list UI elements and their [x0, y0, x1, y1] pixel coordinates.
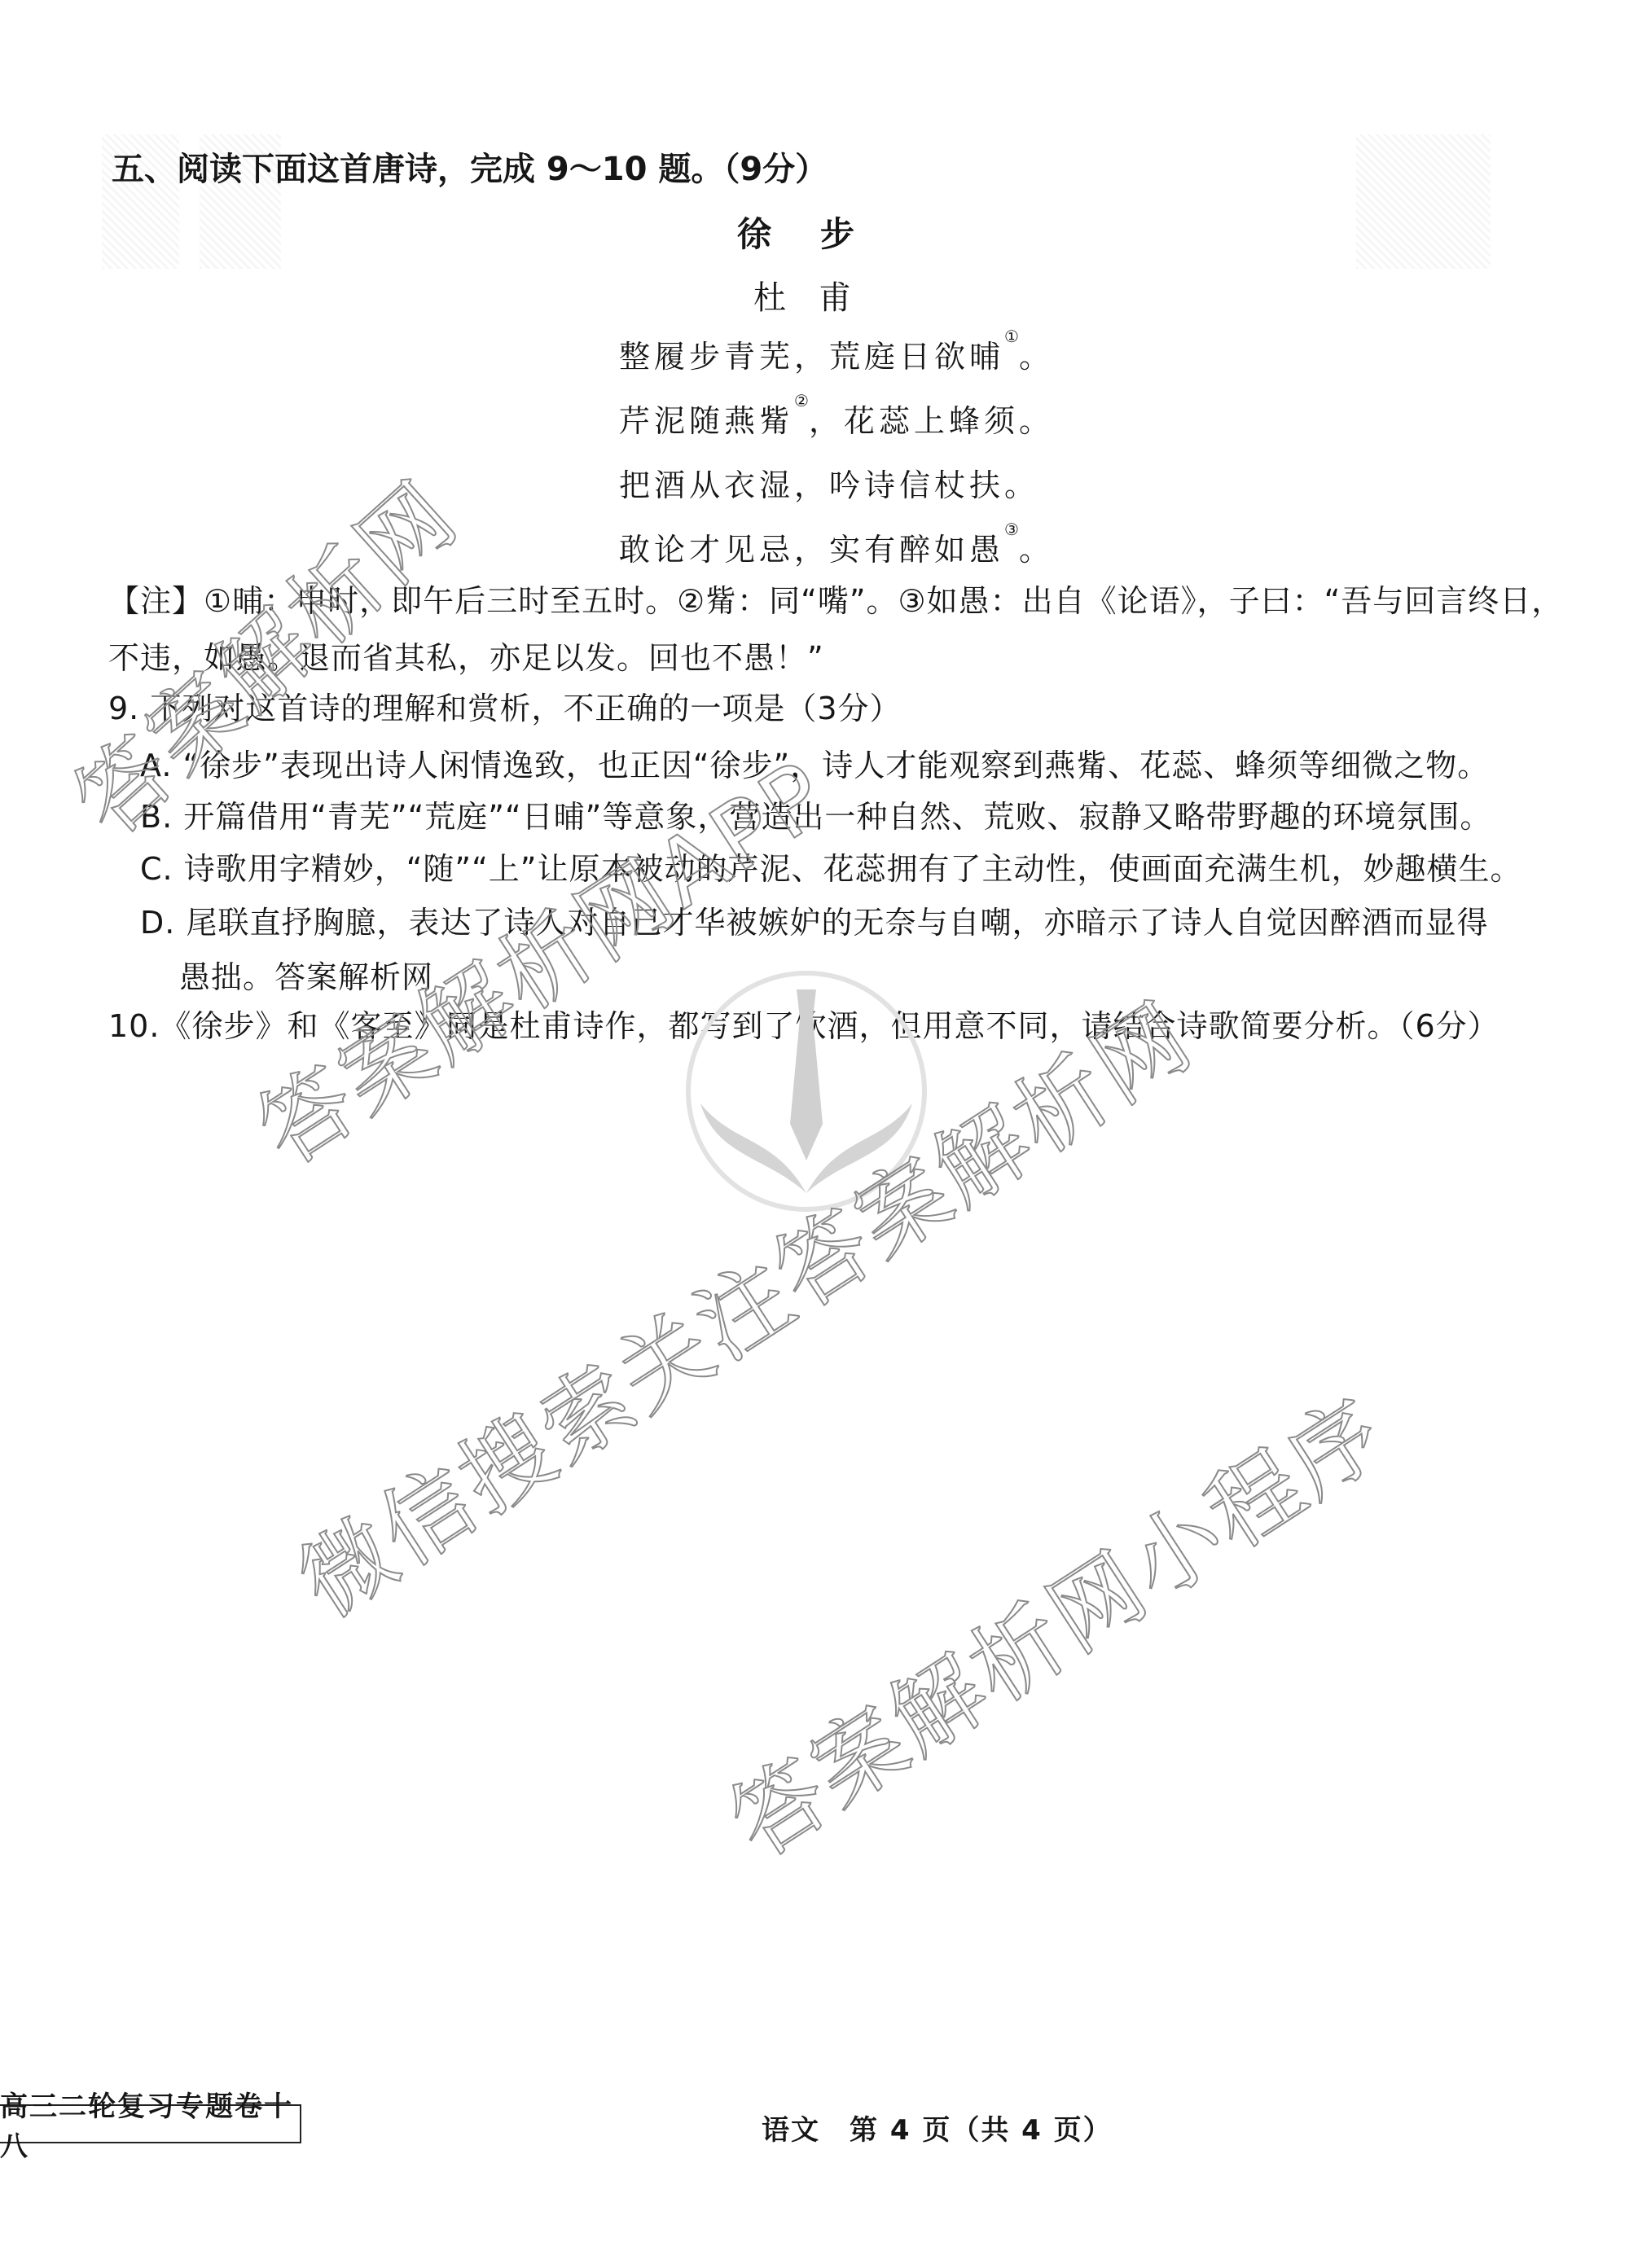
question-9: 9. 下列对这首诗的理解和赏析，不正确的一项是（3分）: [108, 691, 902, 726]
option-label: D.: [140, 905, 175, 941]
poem-title: 徐步: [737, 208, 903, 257]
poem-line-2: 芹泥随燕觜②，花蕊上蜂须。: [619, 396, 1054, 441]
footer-page-number: 语文 第 4 页（共 4 页）: [762, 2108, 1113, 2147]
poem-line-text: 芹泥随燕觜: [619, 403, 794, 439]
footnote-marker: ①: [1004, 327, 1019, 346]
option-a[interactable]: A. “徐步”表现出诗人闲情逸致，也正因“徐步”，诗人才能观察到燕觜、花蕊、蜂须…: [140, 748, 1489, 783]
poem-line-end: 。: [1019, 339, 1054, 375]
poem-line-text: 敢论才见忌，实有醉如愚: [619, 532, 1004, 568]
poem-line-text: 整履步青芜，荒庭日欲晡: [619, 339, 1004, 375]
poem-line-end: 。: [1019, 532, 1054, 568]
option-c[interactable]: C. 诗歌用字精妙，“随”“上”让原本被动的芹泥、花蕊拥有了主动性，使画面充满生…: [140, 851, 1521, 887]
option-text: 尾联直抒胸臆，表达了诗人对自己才华被嫉妒的无奈与自嘲，亦暗示了诗人自觉因醉酒而显…: [186, 905, 1488, 941]
notes-line-2: 不违，如愚。退而省其私，亦足以发。回也不愚！”: [108, 640, 824, 676]
poem-line-1: 整履步青芜，荒庭日欲晡①。: [619, 331, 1054, 376]
option-text: “徐步”表现出诗人闲情逸致，也正因“徐步”，诗人才能观察到燕觜、花蕊、蜂须等细微…: [183, 748, 1490, 783]
option-label: A.: [140, 748, 172, 783]
footnote-marker: ②: [794, 391, 809, 410]
scan-artifact-qr-right: [1356, 134, 1491, 269]
question-number: 9.: [108, 691, 139, 726]
poem-author: 杜甫: [753, 272, 884, 318]
notes-line-1: 【注】①晡：申时，即午后三时至五时。②觜：同“嘴”。③如愚：出自《论语》，子曰：…: [108, 583, 1563, 619]
option-d[interactable]: D. 尾联直抒胸臆，表达了诗人对自己才华被嫉妒的无奈与自嘲，亦暗示了诗人自觉因醉…: [140, 905, 1488, 941]
poem-line-rest: ，花蕊上蜂须。: [809, 403, 1054, 439]
footer-series-label: 高三二轮复习专题卷十八: [0, 2104, 301, 2143]
footnote-marker: ③: [1004, 520, 1019, 539]
question-number: 10.: [108, 1008, 160, 1044]
option-label: C.: [140, 851, 173, 887]
watermark-4: 答案解析网小程序: [702, 1361, 1407, 1882]
section-heading: 五、阅读下面这首唐诗，完成 9～10 题。（9分）: [112, 143, 828, 190]
question-stem: 下列对这首诗的理解和赏析，不正确的一项是（3分）: [150, 691, 901, 726]
emblem-logo-icon: [684, 969, 929, 1213]
poem-line-3: 把酒从衣湿，吟诗信杖扶。: [619, 460, 1039, 505]
option-text: 开篇借用“青芜”“荒庭”“日晡”等意象，营造出一种自然、荒败、寂静又略带野趣的环…: [183, 799, 1491, 835]
option-text: 诗歌用字精妙，“随”“上”让原本被动的芹泥、花蕊拥有了主动性，使画面充满生机，妙…: [184, 851, 1522, 887]
option-b[interactable]: B. 开篇借用“青芜”“荒庭”“日晡”等意象，营造出一种自然、荒败、寂静又略带野…: [140, 799, 1491, 835]
poem-line-text: 把酒从衣湿，吟诗信杖扶。: [619, 467, 1039, 503]
option-d-continuation: 愚拙。答案解析网: [179, 959, 433, 995]
poem-line-4: 敢论才见忌，实有醉如愚③。: [619, 524, 1054, 569]
option-label: B.: [140, 799, 173, 835]
